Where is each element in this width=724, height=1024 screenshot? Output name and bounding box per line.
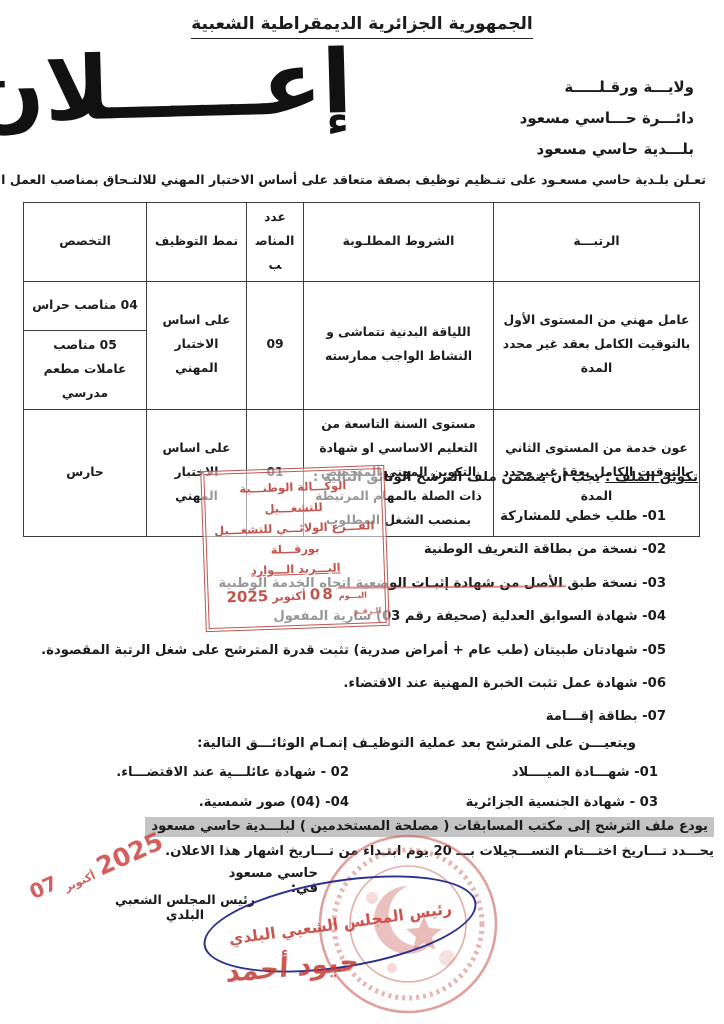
table-header-row: الرتبـــة الشروط المطلـوبة عدد المناصب ن… bbox=[24, 203, 700, 282]
after-hire-row: 01- شهـــادة الميــــلاد 02 - شهادة عائل… bbox=[40, 765, 658, 780]
corner-date-month: أكتوبر bbox=[62, 869, 97, 894]
intro-sentence: تعـلن بلـدية حاسي مسعـود على تنـظيم توظي… bbox=[10, 172, 706, 187]
col-header-mode: نمط التوظيف bbox=[147, 203, 247, 282]
anem-stamp-line2: الفـــرع الولائـــي للتشغـــيل بورقـــلة bbox=[210, 515, 379, 562]
list-item: 03 - شهادة الجنسية الجزائرية bbox=[349, 795, 658, 810]
anem-day-value: 08 bbox=[309, 580, 335, 608]
list-item: 05- شهادتان طبيتان (طب عام + أمراض صدرية… bbox=[41, 634, 666, 667]
row1-mode: على اساس الاختبار المهني bbox=[147, 281, 247, 409]
row1-count: 09 bbox=[247, 281, 304, 409]
wilaya-line: ولايـــة ورقـلـــــة bbox=[520, 72, 694, 103]
anem-stamp-line1: الوكـــالة الوطنـــية للتشغـــيل bbox=[209, 474, 378, 521]
announcement-document: { "header": { "republic": "الجمهورية الج… bbox=[0, 0, 724, 1024]
list-item: 02 - شهادة عائلـــية عند الاقتضـــاء. bbox=[40, 765, 349, 780]
table-row: عامل مهني من المستوى الأول بالتوقيت الكا… bbox=[24, 281, 700, 330]
row1-specialty-a: 04 مناصب حراس bbox=[24, 281, 147, 330]
anem-year-value: 2025 bbox=[226, 583, 269, 611]
row1-conditions: اللياقة البدنية تتماشى و النشاط الواجب م… bbox=[304, 281, 494, 409]
col-header-conditions: الشروط المطلـوبة bbox=[304, 203, 494, 282]
list-item: 06- شهادة عمل تثبت الخبرة المهنية عند ال… bbox=[41, 667, 666, 700]
oval-stamp-text: رئيس المجلس الشعبي البلدي bbox=[227, 899, 452, 948]
after-hire-intro: ويتعيـــن على المترشح بعد عملية التوظيـف… bbox=[197, 736, 636, 751]
corner-date-day: 07 bbox=[26, 871, 61, 904]
anem-day-label: اليـــوم bbox=[339, 588, 368, 603]
after-hire-row: 03 - شهادة الجنسية الجزائرية 04- (04) صو… bbox=[40, 795, 658, 810]
col-header-rank: الرتبـــة bbox=[494, 203, 700, 282]
col-header-count: عدد المناصب bbox=[247, 203, 304, 282]
dossier-heading-title: تكوين الملف : bbox=[605, 470, 698, 485]
anem-ink-stamp: الوكـــالة الوطنـــية للتشغـــيل الفـــر… bbox=[200, 465, 390, 632]
commune-line: بلـــدية حاسي مسعود bbox=[520, 134, 694, 165]
republic-title: الجمهورية الجزائرية الديمقراطية الشعبية bbox=[0, 14, 724, 39]
list-item: 07- بطاقة إقـــامة bbox=[41, 700, 666, 733]
row1-rank: عامل مهني من المستوى الأول بالتوقيت الكا… bbox=[494, 281, 700, 409]
after-hire-list: 01- شهـــادة الميــــلاد 02 - شهادة عائل… bbox=[40, 765, 658, 825]
authority-block: ولايـــة ورقـلـــــة دائـــرة حـــاسي مس… bbox=[520, 72, 694, 165]
announcement-big-title: إعـــــلان bbox=[41, 30, 354, 141]
list-item: 04- (04) صور شمسية. bbox=[40, 795, 349, 810]
anem-month-value: أكتوبر bbox=[272, 585, 306, 607]
daira-line: دائـــرة حـــاسي مسعود bbox=[520, 103, 694, 134]
list-item: 01- شهـــادة الميــــلاد bbox=[349, 765, 658, 780]
row1-specialty-b: 05 مناصب عاملات مطعم مدرسي bbox=[24, 330, 147, 409]
col-header-specialty: التخصص bbox=[24, 203, 147, 282]
